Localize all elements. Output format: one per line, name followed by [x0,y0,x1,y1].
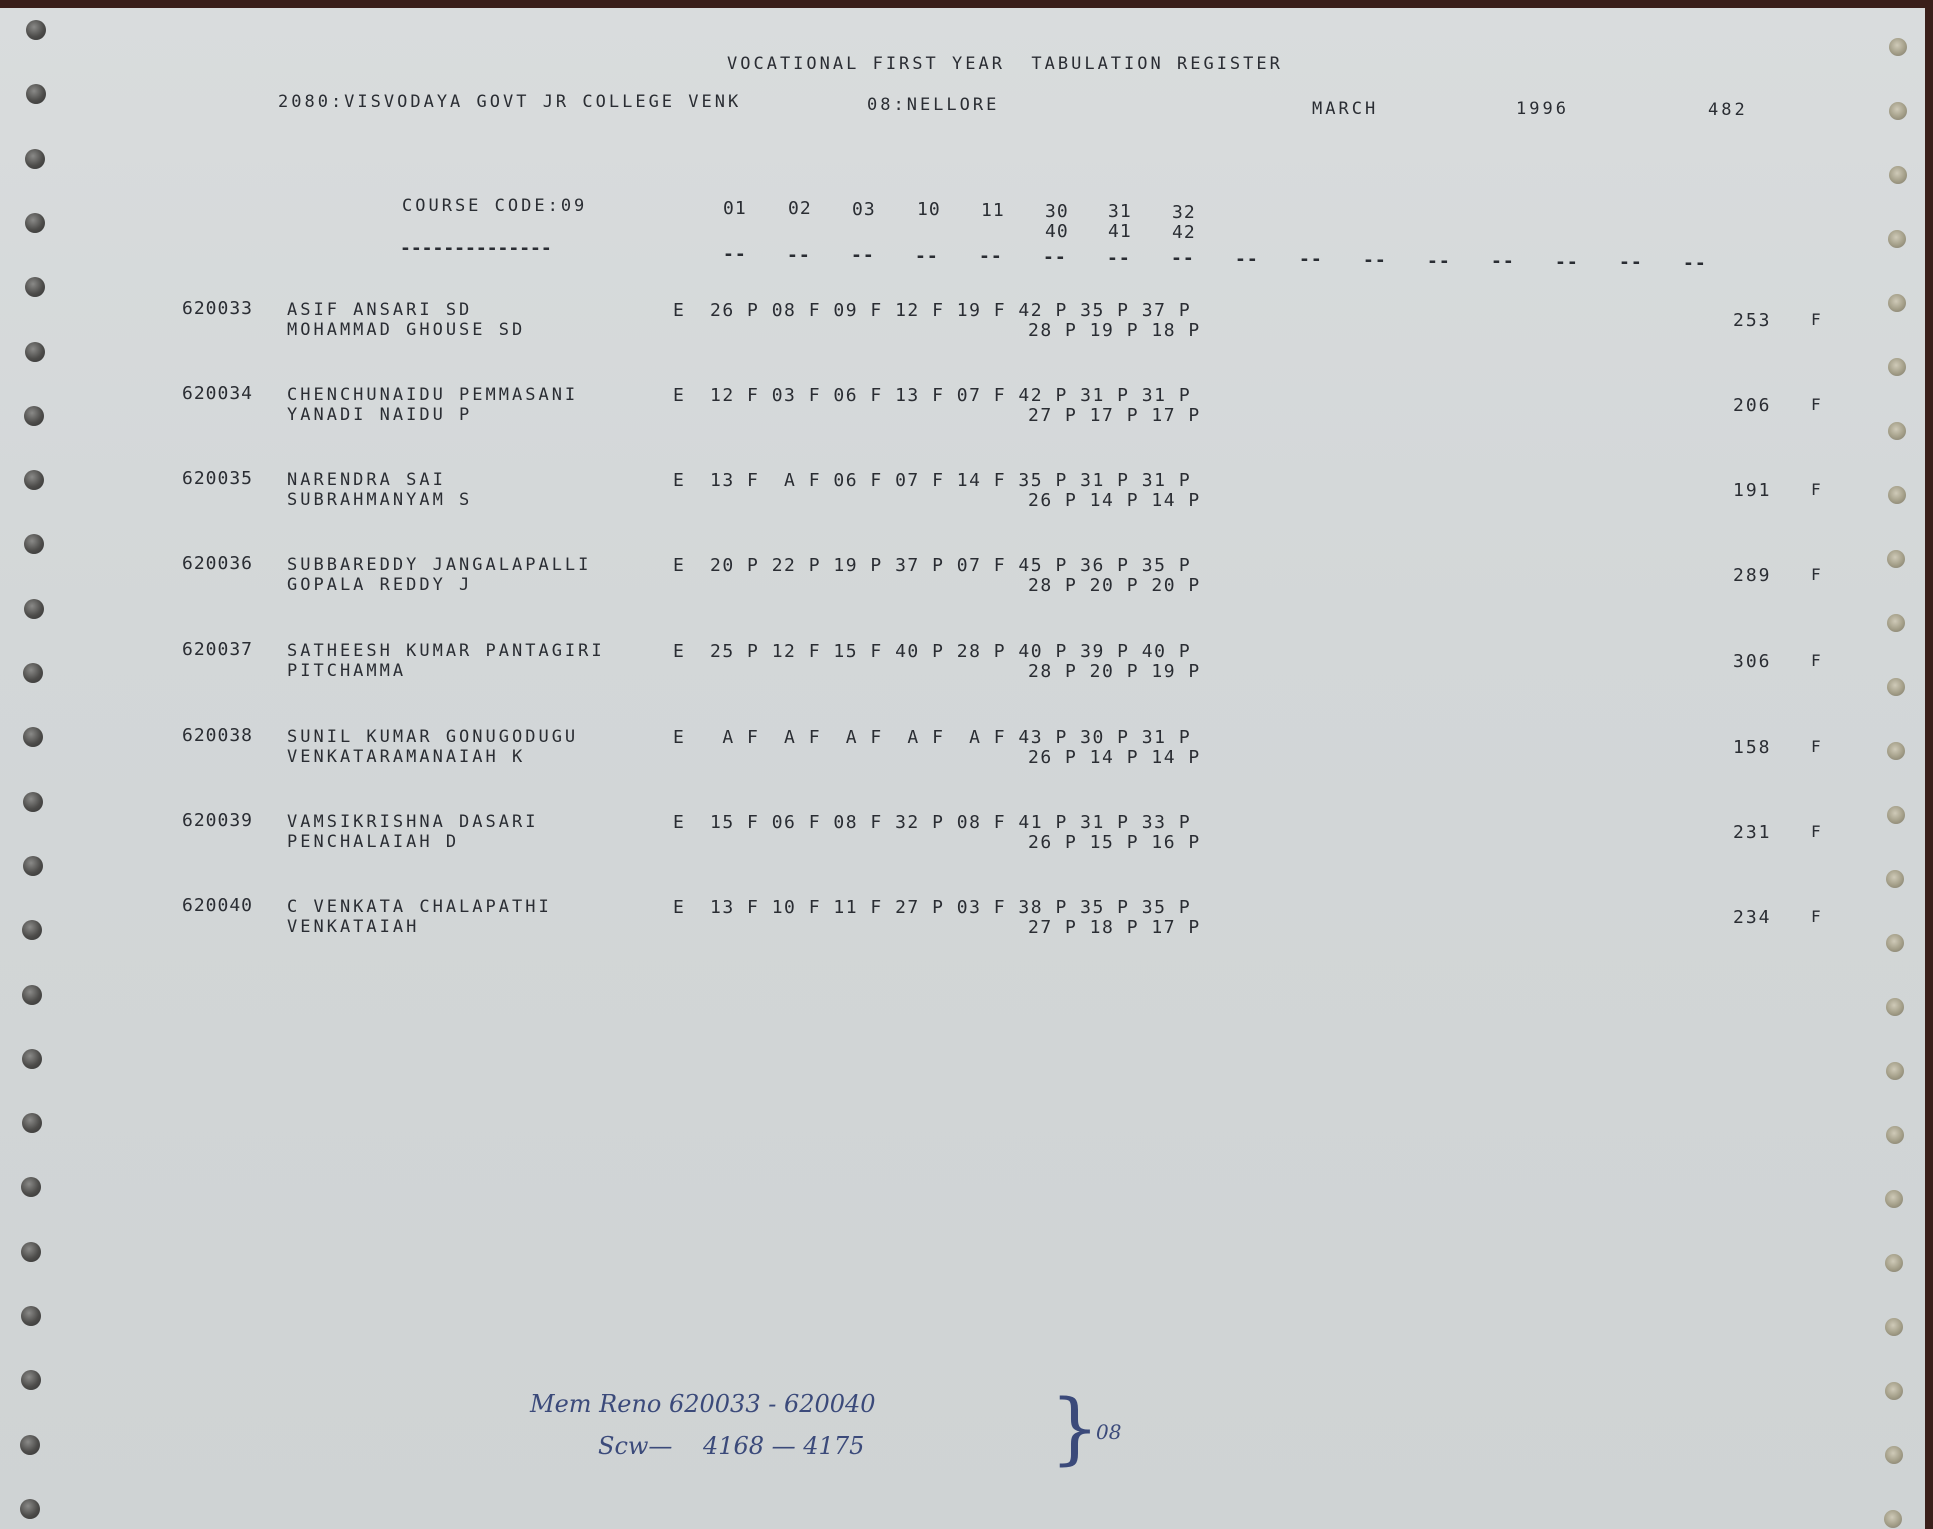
column-dash: -- [851,245,875,266]
result-status: F [1811,737,1821,756]
exam-month: MARCH [1312,99,1378,119]
father-name: SUBRAHMANYAM S [287,490,472,510]
tractor-feed-hole [1885,1190,1903,1208]
total-marks: 306 [1733,651,1772,672]
father-name: PITCHAMMA [287,661,406,681]
subject-code: 03 [852,199,876,220]
result-status: F [1811,907,1821,926]
student-row: 620033 ASIF ANSARI SD MOHAMMAD GHOUSE SD… [0,298,1925,358]
exam-year: 1996 [1516,99,1569,119]
student-row: 620039 VAMSIKRISHNA DASARI PENCHALAIAH D… [0,810,1925,870]
student-row: 620040 C VENKATA CHALAPATHI VENKATAIAH E… [0,895,1925,955]
column-dash: -- [723,244,747,265]
subject-code: 10 [917,199,941,220]
father-name: VENKATAIAH [287,917,419,937]
handwritten-line-1: Mem Reno 620033 - 620040 [530,1390,876,1418]
registration-number: 620037 [182,639,253,660]
column-dash: -- [1043,247,1067,268]
tractor-feed-hole [22,1113,42,1133]
subject-marks-second-line: 28 P 20 P 20 P [1028,575,1201,596]
tractor-feed-hole [26,84,46,104]
registration-number: 620033 [182,298,253,319]
student-name: SUNIL KUMAR GONUGODUGU [287,727,578,747]
column-dash: -- [1491,251,1515,272]
tractor-feed-hole [1885,1446,1903,1464]
subject-marks-second-line: 28 P 19 P 18 P [1028,320,1201,341]
brace-mark: } [1050,1390,1100,1468]
tabulation-sheet: VOCATIONAL FIRST YEAR TABULATION REGISTE… [0,8,1925,1529]
total-marks: 231 [1733,822,1772,843]
tractor-feed-hole [1885,1382,1903,1400]
result-status: F [1811,651,1821,670]
tractor-feed-hole [1885,1318,1903,1336]
student-row: 620037 SATHEESH KUMAR PANTAGIRI PITCHAMM… [0,639,1925,699]
column-dash: -- [1683,253,1707,274]
subject-code: 40 [1045,221,1069,242]
registration-number: 620036 [182,553,253,574]
student-row: 620038 SUNIL KUMAR GONUGODUGU VENKATARAM… [0,725,1925,785]
tractor-feed-hole [1885,1254,1903,1272]
subject-code: 01 [723,198,747,219]
tractor-feed-hole [1886,1126,1904,1144]
tractor-feed-hole [25,213,45,233]
column-dash: -- [979,246,1003,267]
result-status: F [1811,565,1821,584]
subject-marks: E 15 F 06 F 08 F 32 P 08 F 41 P 31 P 33 … [673,812,1191,833]
result-status: F [1811,480,1821,499]
tractor-feed-hole [1888,358,1906,376]
father-name: GOPALA REDDY J [287,575,472,595]
handwritten-line-2: Scw— 4168 — 4175 [598,1432,864,1460]
column-dash: -- [1363,250,1387,271]
subject-marks: E 12 F 03 F 06 F 13 F 07 F 42 P 31 P 31 … [673,385,1191,406]
result-status: F [1811,395,1821,414]
tractor-feed-hole [1889,102,1907,120]
column-dash: -- [915,246,939,267]
subject-code: 42 [1172,222,1196,243]
tractor-feed-hole [1889,38,1907,56]
student-name: VAMSIKRISHNA DASARI [287,812,538,832]
total-marks: 234 [1733,907,1772,928]
result-status: F [1811,822,1821,841]
tractor-feed-hole [21,1370,41,1390]
report-title: VOCATIONAL FIRST YEAR TABULATION REGISTE… [727,54,1283,74]
student-row: 620036 SUBBAREDDY JANGALAPALLI GOPALA RE… [0,553,1925,613]
tractor-feed-hole [22,1049,42,1069]
column-dash: -- [1299,249,1323,270]
subject-code: 41 [1108,221,1132,242]
handwritten-count: 08 [1096,1420,1121,1444]
total-marks: 206 [1733,395,1772,416]
column-dash: -- [1107,248,1131,269]
subject-code: 02 [788,198,812,219]
subject-marks: E 20 P 22 P 19 P 37 P 07 F 45 P 36 P 35 … [673,555,1191,576]
registration-number: 620035 [182,468,253,489]
subject-marks: E 13 F 10 F 11 F 27 P 03 F 38 P 35 P 35 … [673,897,1191,918]
total-marks: 289 [1733,565,1772,586]
student-row: 620035 NARENDRA SAI SUBRAHMANYAM S E 13 … [0,468,1925,528]
tractor-feed-hole [25,149,45,169]
subject-marks-second-line: 27 P 17 P 17 P [1028,405,1201,426]
tractor-feed-hole [23,792,43,812]
father-name: PENCHALAIAH D [287,832,459,852]
district: 08:NELLORE [867,95,999,115]
tractor-feed-hole [20,1499,40,1519]
tractor-feed-hole [25,277,45,297]
tractor-feed-hole [1884,1510,1902,1528]
father-name: VENKATARAMANAIAH K [287,747,525,767]
tractor-feed-hole [1887,614,1905,632]
course-code: COURSE CODE:09 [402,196,587,216]
course-underline: -------------- [400,238,552,259]
result-status: F [1811,310,1821,329]
subject-marks-second-line: 26 P 14 P 14 P [1028,747,1201,768]
registration-number: 620040 [182,895,253,916]
tractor-feed-hole [1886,998,1904,1016]
student-name: SUBBAREDDY JANGALAPALLI [287,555,591,575]
tractor-feed-hole [21,1177,41,1197]
student-name: CHENCHUNAIDU PEMMASANI [287,385,578,405]
student-name: NARENDRA SAI [287,470,446,490]
subject-marks-second-line: 27 P 18 P 17 P [1028,917,1201,938]
student-name: SATHEESH KUMAR PANTAGIRI [287,641,605,661]
column-dash: -- [1427,251,1451,272]
student-row: 620034 CHENCHUNAIDU PEMMASANI YANADI NAI… [0,383,1925,443]
subject-marks: E 25 P 12 F 15 F 40 P 28 P 40 P 39 P 40 … [673,641,1191,662]
total-marks: 253 [1733,310,1772,331]
subject-marks: E 13 F A F 06 F 07 F 14 F 35 P 31 P 31 P [673,470,1191,491]
column-dash: -- [787,245,811,266]
student-name: C VENKATA CHALAPATHI [287,897,552,917]
column-dash: -- [1555,252,1579,273]
college-name: 2080:VISVODAYA GOVT JR COLLEGE VENK [278,92,741,112]
tractor-feed-hole [1888,230,1906,248]
tractor-feed-hole [1886,1062,1904,1080]
father-name: YANADI NAIDU P [287,405,472,425]
tractor-feed-hole [1889,166,1907,184]
tractor-feed-hole [1886,870,1904,888]
column-dash: -- [1171,248,1195,269]
subject-marks: E A F A F A F A F A F 43 P 30 P 31 P [673,727,1191,748]
student-name: ASIF ANSARI SD [287,300,472,320]
subject-code: 11 [981,200,1005,221]
subject-code: 31 [1108,201,1132,222]
subject-marks: E 26 P 08 F 09 F 12 F 19 F 42 P 35 P 37 … [673,300,1191,321]
subject-marks-second-line: 26 P 14 P 14 P [1028,490,1201,511]
subject-code: 30 [1045,201,1069,222]
total-marks: 158 [1733,737,1772,758]
tractor-feed-hole [26,20,46,40]
total-marks: 191 [1733,480,1772,501]
registration-number: 620034 [182,383,253,404]
tractor-feed-hole [22,985,42,1005]
tractor-feed-hole [21,1242,41,1262]
subject-marks-second-line: 28 P 20 P 19 P [1028,661,1201,682]
tractor-feed-hole [24,534,44,554]
registration-number: 620039 [182,810,253,831]
column-dash: -- [1235,249,1259,270]
subject-code: 32 [1172,202,1196,223]
column-dash: -- [1619,252,1643,273]
subject-marks-second-line: 26 P 15 P 16 P [1028,832,1201,853]
registration-number: 620038 [182,725,253,746]
tractor-feed-hole [20,1435,40,1455]
father-name: MOHAMMAD GHOUSE SD [287,320,525,340]
page-number: 482 [1708,100,1748,120]
tractor-feed-hole [21,1306,41,1326]
